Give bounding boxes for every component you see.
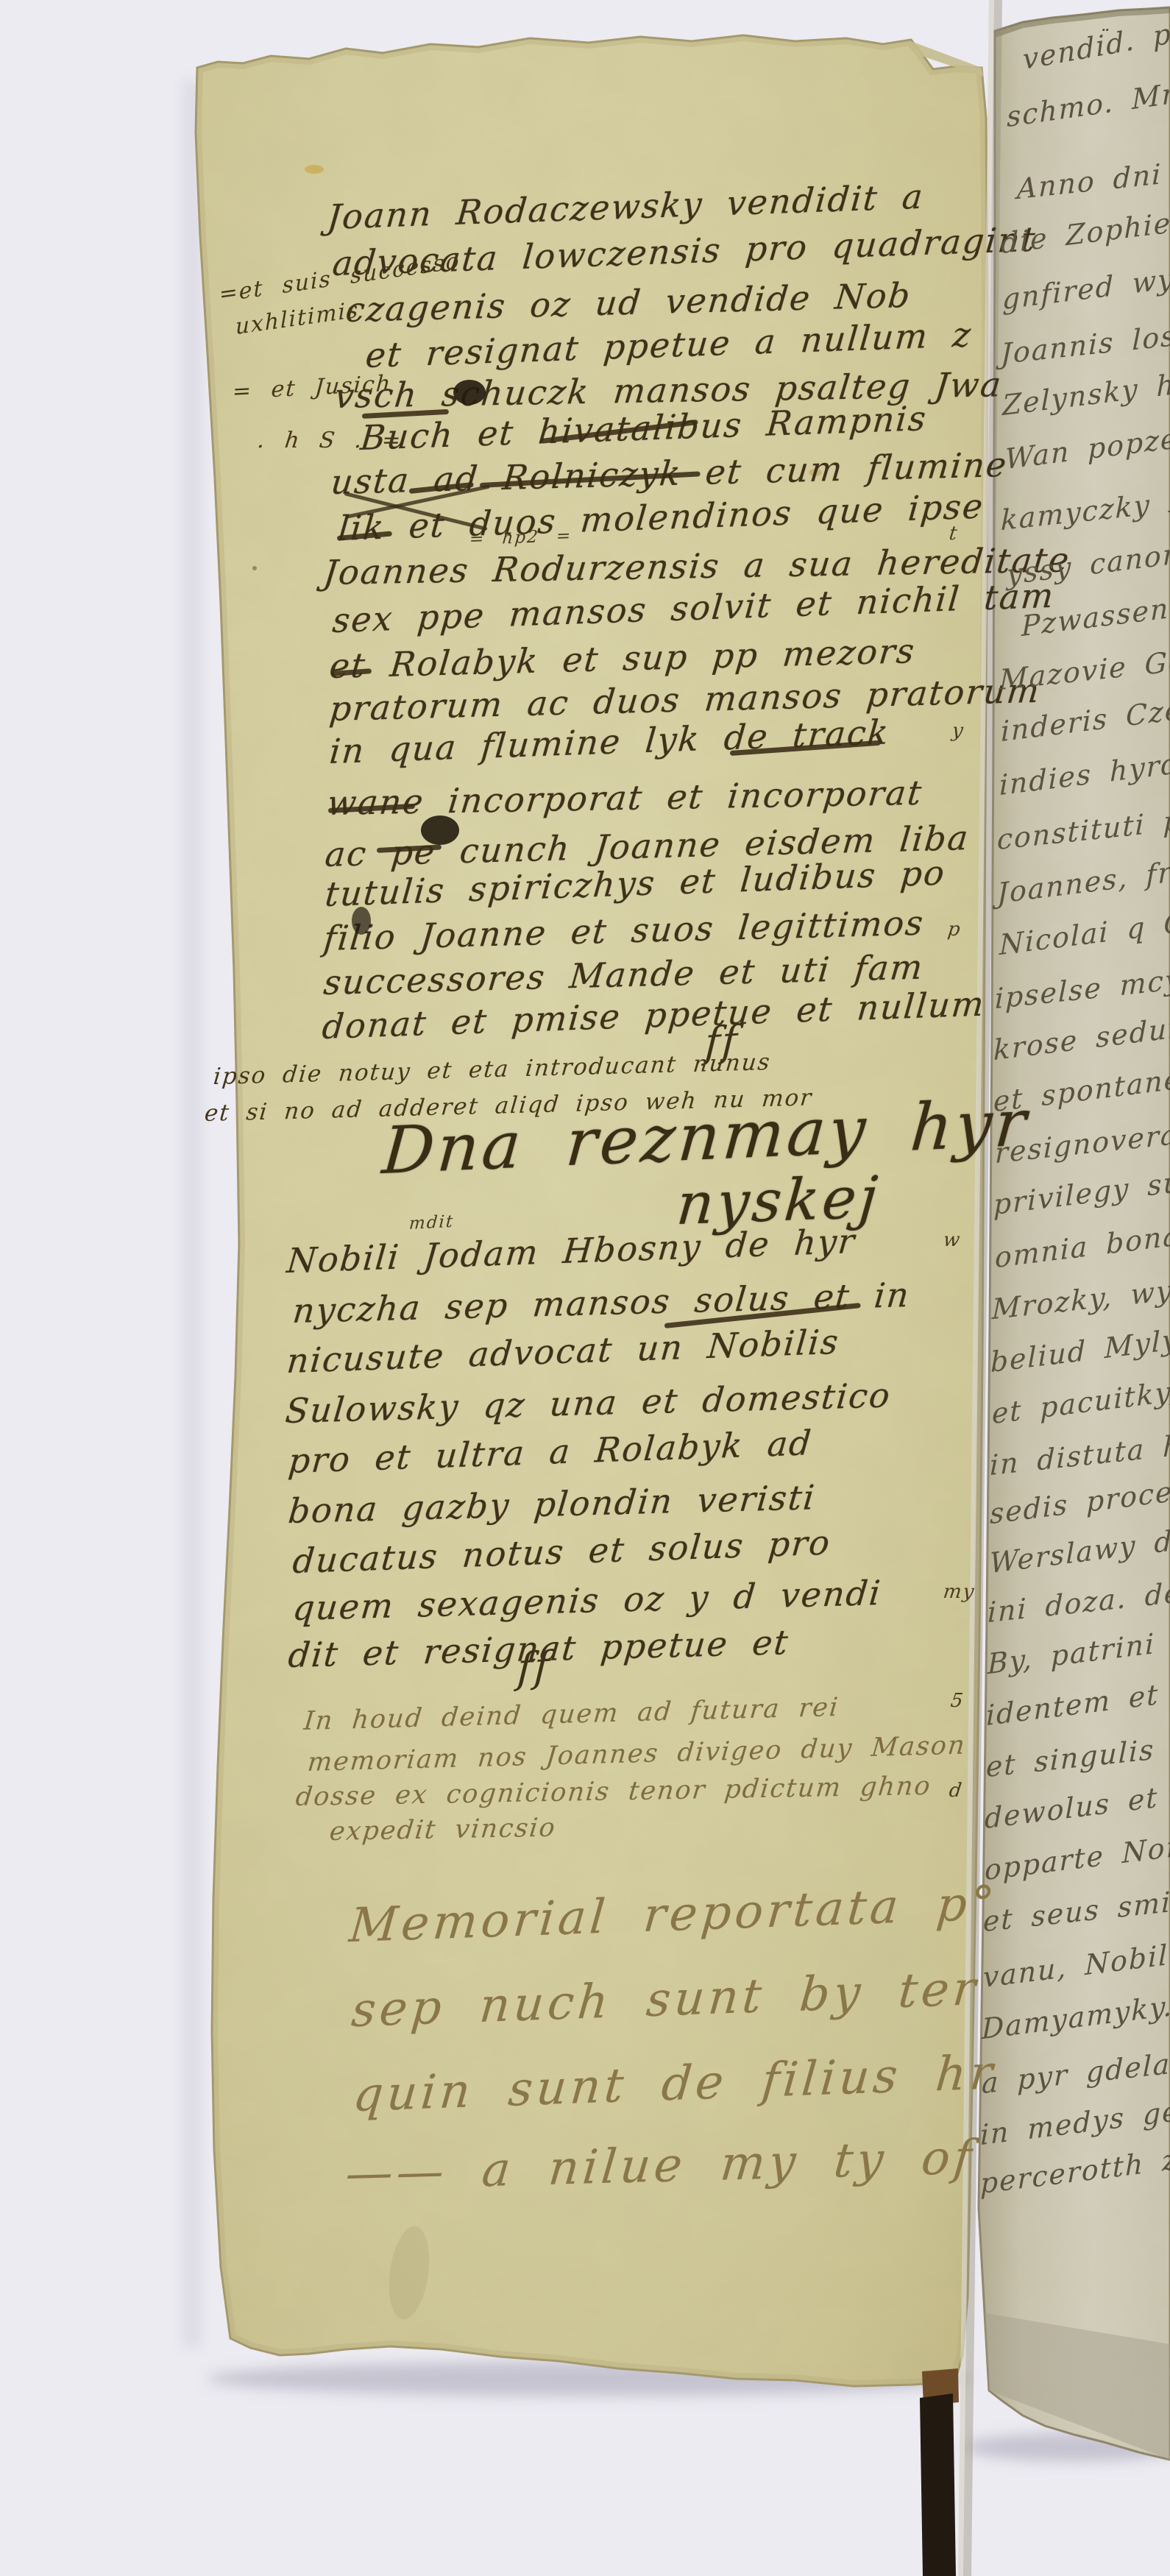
page-shadow — [182, 81, 202, 2348]
stain — [305, 165, 324, 174]
margin-note: . h S . = — [256, 430, 403, 452]
ink-blot — [453, 380, 486, 405]
edge-mark: w — [942, 1231, 962, 1250]
edge-mark: 5 — [949, 1691, 965, 1710]
edge-mark: y — [951, 721, 965, 740]
book-spine — [920, 2393, 956, 2576]
edge-mark: p — [946, 920, 962, 939]
ink-blot — [352, 907, 371, 935]
faded-line: expedit vincsio — [328, 1816, 557, 1845]
entry2-flourish: ff — [517, 1646, 552, 1691]
manuscript-scan: Joann Rodaczewsky vendidit a advocata lo… — [0, 0, 1170, 2576]
interlinear-insertion: = hp2 = — [469, 528, 572, 548]
entry1-line: wane incorporat et incorporat — [326, 776, 925, 820]
edge-mark: d — [948, 1781, 964, 1800]
heading-insertion: mdit — [408, 1214, 455, 1233]
ink-blot — [421, 815, 459, 845]
edge-mark: my — [942, 1582, 976, 1602]
stain — [252, 566, 257, 570]
stain — [809, 1899, 942, 2164]
